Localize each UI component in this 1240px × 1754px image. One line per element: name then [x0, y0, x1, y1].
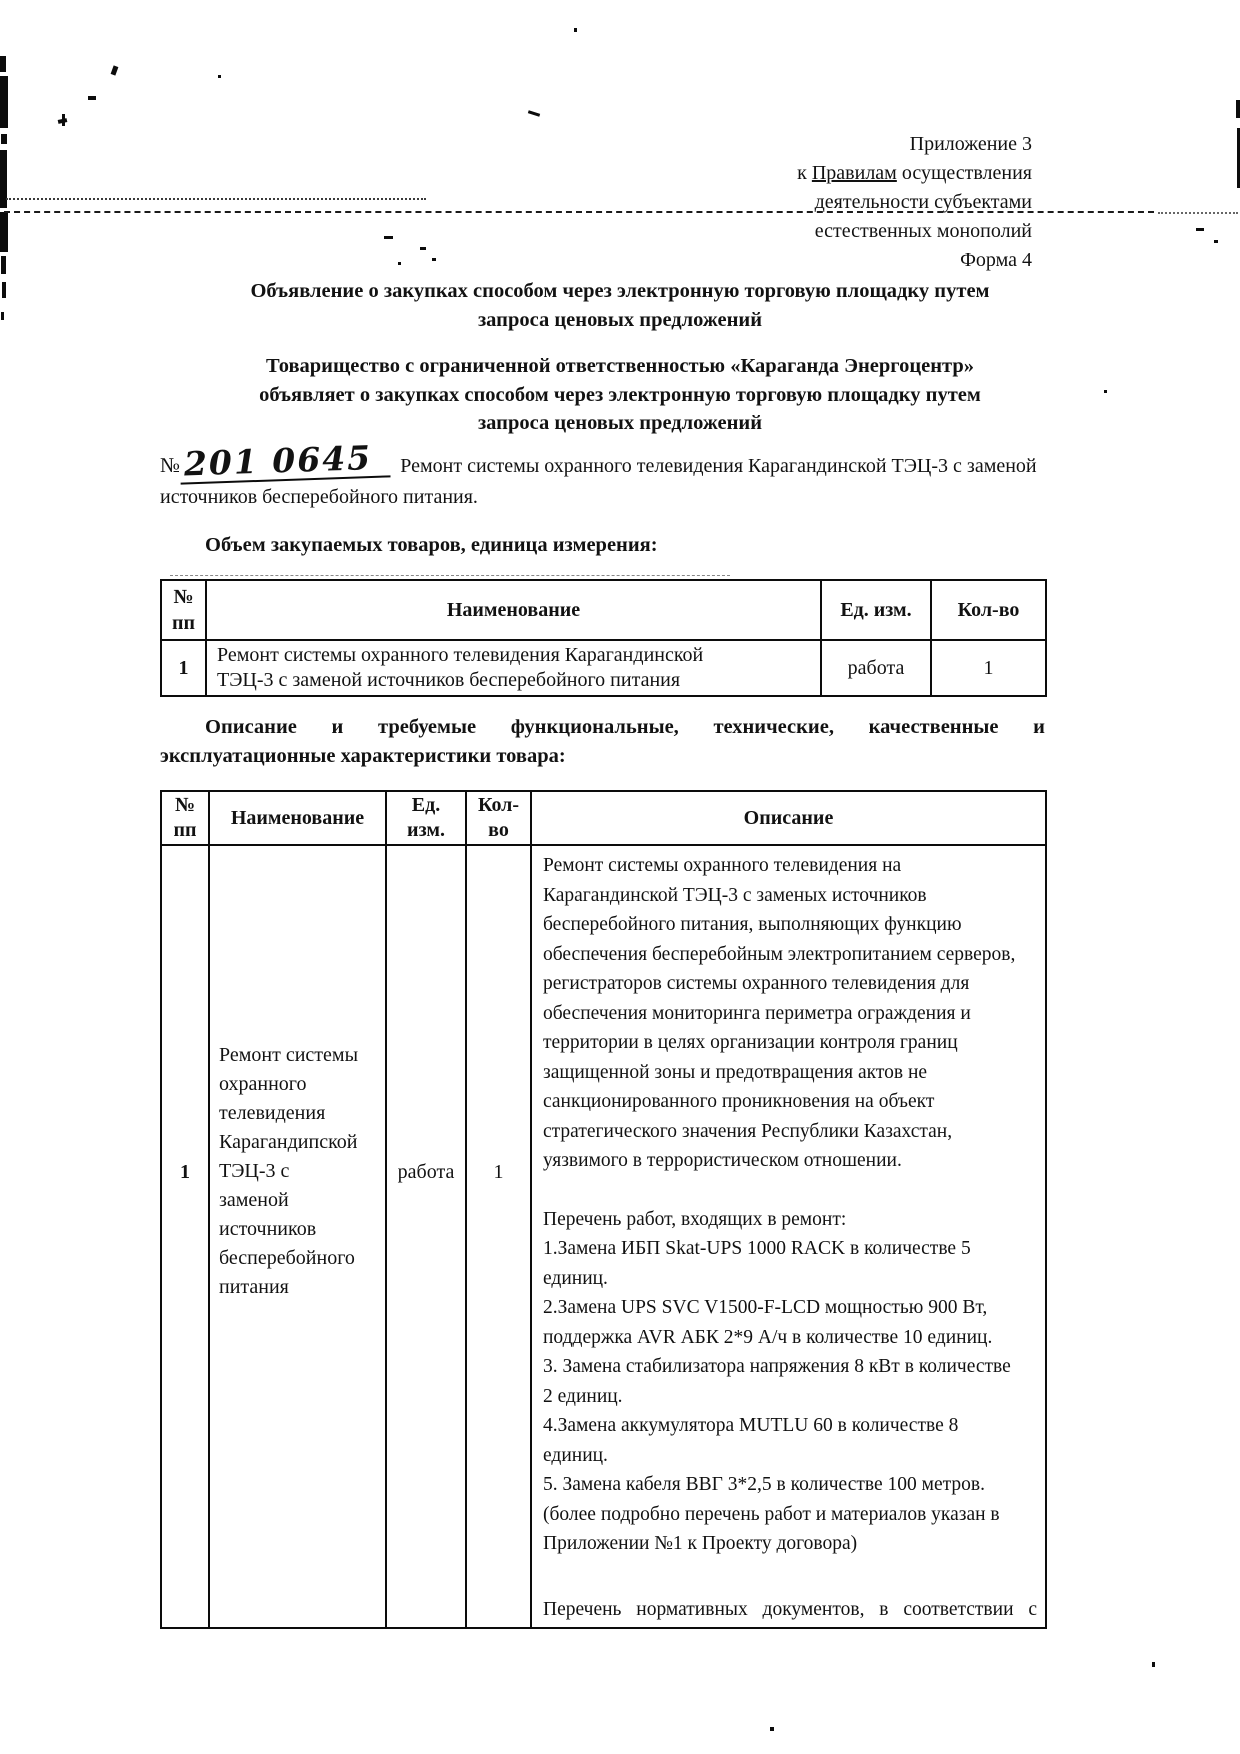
description-paragraph: Ремонт системы охранного телевидения на … [543, 851, 1037, 1176]
scan-artifact [1236, 100, 1240, 118]
scan-artifact [0, 56, 6, 72]
description-table-header-qty: Кол- во [466, 791, 531, 845]
description-row-desc: Ремонт системы охранного телевидения на … [531, 845, 1046, 1628]
scan-artifact [170, 575, 730, 576]
volume-table-header-num: № пп [161, 580, 206, 640]
description-works-list: Перечень работ, входящих в ремонт: 1.Зам… [543, 1205, 1037, 1559]
description-table-header-unit: Ед. изм. [386, 791, 466, 845]
ref-line-form: Форма 4 [612, 246, 1032, 275]
description-row-unit: работа [386, 845, 466, 1628]
section-volume-title: Объем закупаемых товаров, единица измере… [205, 534, 658, 557]
ref-line-rules-prefix: к [797, 162, 812, 184]
description-row-qty: 1 [466, 845, 531, 1628]
table-row: 1 Ремонт системы охранного телевидения К… [161, 845, 1046, 1628]
description-table-header-name: Наименование [209, 791, 386, 845]
scan-artifact [574, 28, 577, 32]
scan-artifact [6, 198, 426, 200]
ref-line-appendix: Приложение 3 [612, 130, 1032, 159]
scan-artifact [0, 76, 8, 128]
scan-artifact [88, 96, 96, 100]
description-row-num: 1 [161, 845, 209, 1628]
scan-artifact [770, 1727, 774, 1731]
scan-artifact [2, 282, 6, 298]
table-row: 1 Ремонт системы охранного телевидения К… [161, 640, 1046, 696]
volume-table-header-unit: Ед. изм. [821, 580, 931, 640]
ref-line-activity: деятельности субъектами [612, 188, 1032, 217]
volume-row-num: 1 [161, 640, 206, 696]
scan-artifact [1152, 1662, 1155, 1667]
description-closing-line: Перечень нормативных документов, в соотв… [543, 1595, 1037, 1625]
section-description-title-line2: эксплуатационные характеристики товара: [160, 745, 566, 767]
scan-artifact [1158, 212, 1238, 214]
main-title: Объявление о закупках способом через эле… [140, 277, 1100, 334]
volume-table: № пп Наименование Ед. изм. Кол-во 1 Ремо… [160, 579, 1047, 697]
description-row-name: Ремонт системы охранного телевидения Кар… [209, 845, 386, 1628]
rules-link: Правилам [812, 162, 897, 184]
volume-table-header-name: Наименование [206, 580, 821, 640]
volume-row-unit: работа [821, 640, 931, 696]
scan-artifact [0, 212, 8, 252]
scan-artifact [218, 75, 221, 78]
section-description-title-line1: Описание и требуемые функциональные, тех… [160, 713, 1045, 742]
scan-artifact [420, 247, 426, 250]
scan-artifact [1104, 390, 1107, 393]
volume-row-name: Ремонт системы охранного телевидения Кар… [206, 640, 821, 696]
lot-line: №201 0645Ремонт системы охранного телеви… [160, 446, 1048, 513]
volume-table-header-row: № пп Наименование Ед. изм. Кол-во [161, 580, 1046, 640]
scan-artifact [111, 65, 119, 75]
description-table: № пп Наименование Ед. изм. Кол- во Описа… [160, 790, 1047, 1629]
volume-row-qty: 1 [931, 640, 1046, 696]
description-table-header-desc: Описание [531, 791, 1046, 845]
announcement-paragraph: Товарищество с ограниченной ответственно… [140, 352, 1100, 438]
scan-artifact [1, 134, 7, 144]
ref-line-rules-suffix: осуществления [897, 162, 1032, 184]
description-table-header-row: № пп Наименование Ед. изм. Кол- во Описа… [161, 791, 1046, 845]
ref-line-monopoly: естественных монополий [612, 217, 1032, 246]
scan-artifact [1, 256, 6, 274]
document-page: Приложение 3 к Правилам осуществления де… [0, 0, 1240, 1754]
scan-artifact [384, 236, 393, 239]
scan-artifact [398, 262, 401, 265]
scan-artifact [1196, 228, 1204, 231]
section-description-title: Описание и требуемые функциональные, тех… [160, 713, 1045, 771]
ref-line-rules: к Правилам осуществления [612, 159, 1032, 188]
description-table-header-num: № пп [161, 791, 209, 845]
scan-artifact [432, 258, 436, 261]
volume-table-header-qty: Кол-во [931, 580, 1046, 640]
scan-artifact [62, 114, 65, 126]
scan-artifact [528, 110, 540, 117]
scan-artifact [1214, 240, 1218, 243]
scan-artifact [1, 312, 4, 320]
reference-block: Приложение 3 к Правилам осуществления де… [612, 130, 1032, 275]
lot-number-handwritten: 201 0645 [180, 442, 391, 484]
lot-number-label: № [160, 453, 180, 477]
